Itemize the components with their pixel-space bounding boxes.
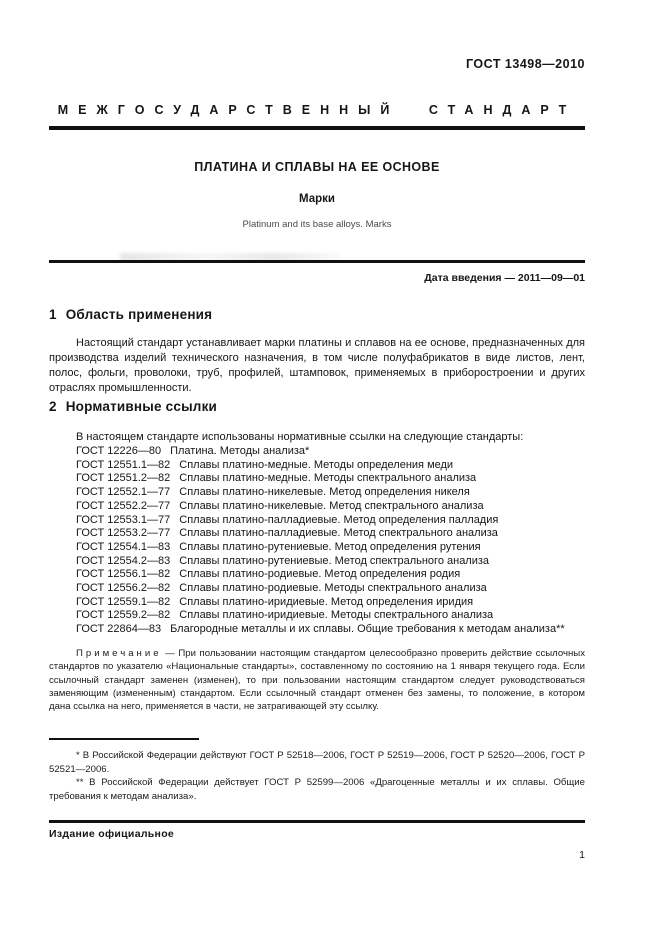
reference-code: ГОСТ 22864—83 [76,623,161,635]
document-title: ПЛАТИНА И СПЛАВЫ НА ЕЕ ОСНОВЕ [49,160,585,174]
reference-item: ГОСТ 12551.2—82Сплавы платино-медные. Ме… [76,472,585,486]
reference-item: ГОСТ 12556.1—82Сплавы платино-родиевые. … [76,568,585,582]
section-1-number: 1 [49,307,57,322]
reference-item: ГОСТ 12553.2—77Сплавы платино-палладиевы… [76,527,585,541]
reference-item: ГОСТ 12552.2—77Сплавы платино-никелевые.… [76,500,585,514]
footer-rule [49,820,585,823]
footnote-2: ** В Российской Федерации действует ГОСТ… [49,776,585,803]
section-2-title: Нормативные ссылки [66,399,217,414]
reference-code: ГОСТ 12552.2—77 [76,500,170,512]
section-1-heading: 1Область применения [49,307,585,322]
standard-type-banner: МЕЖГОСУДАРСТВЕННЫЙ СТАНДАРТ [49,103,585,117]
reference-code: ГОСТ 12559.2—82 [76,609,170,621]
reference-code: ГОСТ 12554.1—83 [76,541,170,553]
note-label: Примечание [76,648,162,659]
reference-title: Сплавы платино-никелевые. Метод спектрал… [179,500,483,512]
reference-title: Сплавы платино-родиевые. Метод определен… [179,568,460,580]
effective-date: Дата введения — 2011—09—01 [49,272,585,284]
document-page: ГОСТ 13498—2010 МЕЖГОСУДАРСТВЕННЫЙ СТАНД… [0,0,661,936]
reference-code: ГОСТ 12553.2—77 [76,527,170,539]
section-2-number: 2 [49,399,57,414]
reference-code: ГОСТ 12554.2—83 [76,555,170,567]
note-block: Примечание — При пользовании настоящим с… [49,647,585,713]
reference-item: ГОСТ 12556.2—82Сплавы платино-родиевые. … [76,582,585,596]
document-title-english: Platinum and its base alloys. Marks [49,219,585,230]
reference-code: ГОСТ 12556.1—82 [76,568,170,580]
reference-title: Сплавы платино-палладиевые. Метод опреде… [179,514,498,526]
reference-code: ГОСТ 12226—80 [76,445,161,457]
reference-code: ГОСТ 12556.2—82 [76,582,170,594]
references-list: ГОСТ 12226—80Платина. Методы анализа* ГО… [76,445,585,637]
reference-title: Сплавы платино-иридиевые. Метод определе… [179,596,473,608]
section-1-title: Область применения [66,307,213,322]
reference-code: ГОСТ 12551.2—82 [76,472,170,484]
reference-title: Сплавы платино-медные. Методы определени… [179,459,453,471]
reference-item: ГОСТ 12553.1—77Сплавы платино-палладиевы… [76,514,585,528]
reference-item: ГОСТ 22864—83Благородные металлы и их сп… [76,623,585,637]
reference-code: ГОСТ 12551.1—82 [76,459,170,471]
section-2-heading: 2Нормативные ссылки [49,399,585,414]
document-subtitle: Марки [49,193,585,205]
reference-title: Платина. Методы анализа* [170,445,309,457]
reference-item: ГОСТ 12559.2—82Сплавы платино-иридиевые.… [76,609,585,623]
reference-code: ГОСТ 12552.1—77 [76,486,170,498]
reference-title: Сплавы платино-рутениевые. Метод определ… [179,541,480,553]
reference-code: ГОСТ 12559.1—82 [76,596,170,608]
reference-item: ГОСТ 12226—80Платина. Методы анализа* [76,445,585,459]
reference-title: Благородные металлы и их сплавы. Общие т… [170,623,565,635]
doc-number: ГОСТ 13498—2010 [49,57,585,71]
footnote-rule [49,738,199,740]
section-1-body: Настоящий стандарт устанавливает марки п… [49,336,585,396]
imprint-official-edition: Издание официальное [49,828,585,840]
reference-title: Сплавы платино-рутениевые. Метод спектра… [179,555,489,567]
reference-title: Сплавы платино-палладиевые. Метод спектр… [179,527,498,539]
reference-title: Сплавы платино-родиевые. Методы спектрал… [179,582,487,594]
reference-item: ГОСТ 12551.1—82Сплавы платино-медные. Ме… [76,459,585,473]
header-rule [49,126,585,130]
references-intro: В настоящем стандарте использованы норма… [49,431,585,445]
footnotes: * В Российской Федерации действуют ГОСТ … [49,749,585,803]
reference-item: ГОСТ 12554.1—83Сплавы платино-рутениевые… [76,541,585,555]
scan-artifact [120,253,340,261]
reference-code: ГОСТ 12553.1—77 [76,514,170,526]
reference-item: ГОСТ 12554.2—83Сплавы платино-рутениевые… [76,555,585,569]
reference-title: Сплавы платино-никелевые. Метод определе… [179,486,470,498]
reference-title: Сплавы платино-иридиевые. Методы спектра… [179,609,493,621]
reference-item: ГОСТ 12552.1—77Сплавы платино-никелевые.… [76,486,585,500]
reference-title: Сплавы платино-медные. Методы спектральн… [179,472,476,484]
reference-item: ГОСТ 12559.1—82Сплавы платино-иридиевые.… [76,596,585,610]
footnote-1: * В Российской Федерации действуют ГОСТ … [49,749,585,776]
page-number: 1 [49,849,585,861]
